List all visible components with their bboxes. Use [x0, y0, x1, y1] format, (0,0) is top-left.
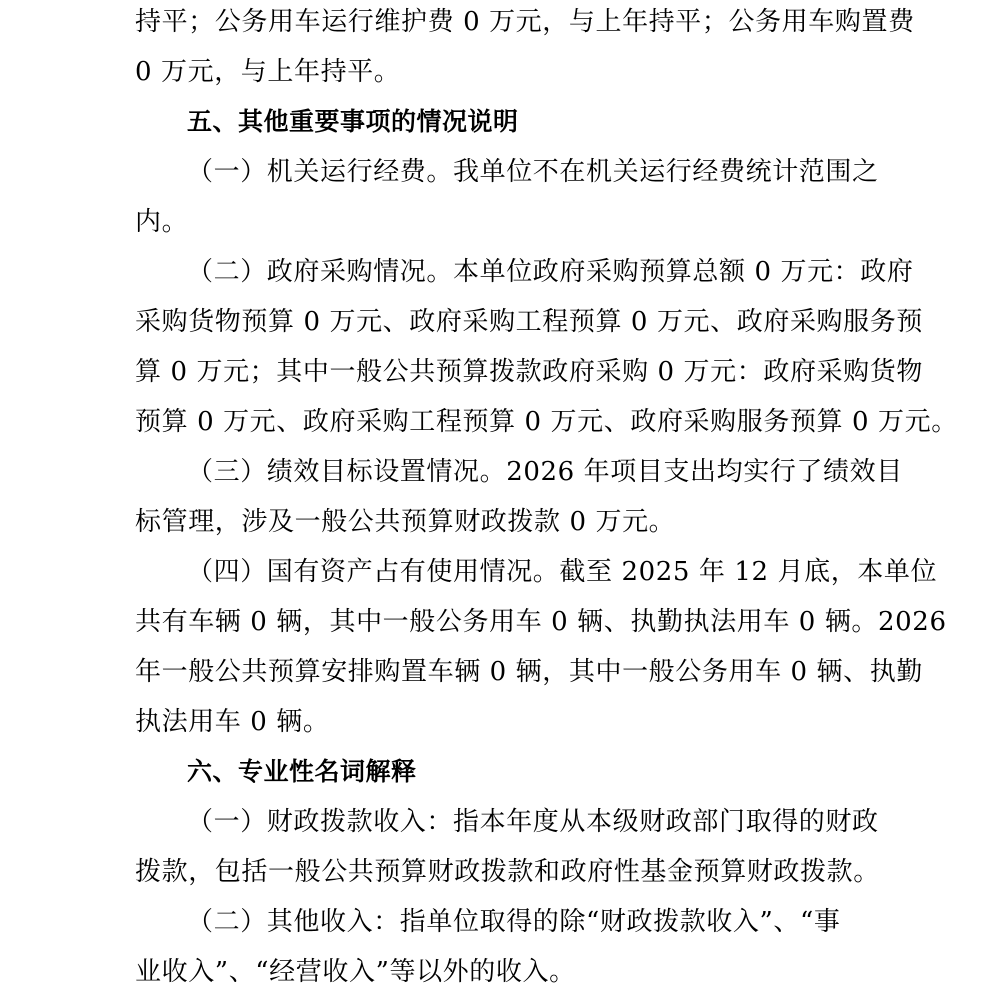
paragraph-line: 0 万元，与上年持平。 [135, 47, 400, 97]
paragraph-line: （二）其他收入：指单位取得的除“财政拨款收入”、“事 [187, 897, 840, 947]
paragraph-line: （四）国有资产占有使用情况。截至 2025 年 12 月底，本单位 [187, 547, 937, 597]
paragraph-line: 持平；公务用车运行维护费 0 万元，与上年持平；公务用车购置费 [135, 0, 915, 47]
paragraph-line: 共有车辆 0 辆，其中一般公务用车 0 辆、执勤执法用车 0 辆。2026 [135, 597, 947, 647]
paragraph-line: 预算 0 万元、政府采购工程预算 0 万元、政府采购服务预算 0 万元。 [135, 397, 958, 447]
paragraph-line: 算 0 万元；其中一般公共预算拨款政府采购 0 万元：政府采购货物 [135, 347, 923, 397]
paragraph-line: 采购货物预算 0 万元、政府采购工程预算 0 万元、政府采购服务预 [135, 297, 923, 347]
paragraph-line: （一）财政拨款收入：指本年度从本级财政部门取得的财政 [187, 797, 879, 847]
paragraph-line: 执法用车 0 辆。 [135, 697, 329, 747]
paragraph-line: 拨款，包括一般公共预算财政拨款和政府性基金预算财政拨款。 [135, 847, 880, 897]
paragraph-line: 年一般公共预算安排购置车辆 0 辆，其中一般公务用车 0 辆、执勤 [135, 647, 923, 697]
paragraph-line: 内。 [135, 197, 188, 247]
paragraph-line: （三）绩效目标设置情况。2026 年项目支出均实行了绩效目 [187, 447, 903, 497]
section-heading-6: 六、专业性名词解释 [187, 747, 417, 797]
paragraph-line: 业收入”、“经营收入”等以外的收入。 [135, 947, 576, 997]
section-heading-5: 五、其他重要事项的情况说明 [187, 97, 519, 147]
paragraph-line: （一）机关运行经费。我单位不在机关运行经费统计范围之 [187, 147, 879, 197]
paragraph-line: （二）政府采购情况。本单位政府采购预算总额 0 万元：政府 [187, 247, 913, 297]
paragraph-line: 标管理，涉及一般公共预算财政拨款 0 万元。 [135, 497, 675, 547]
